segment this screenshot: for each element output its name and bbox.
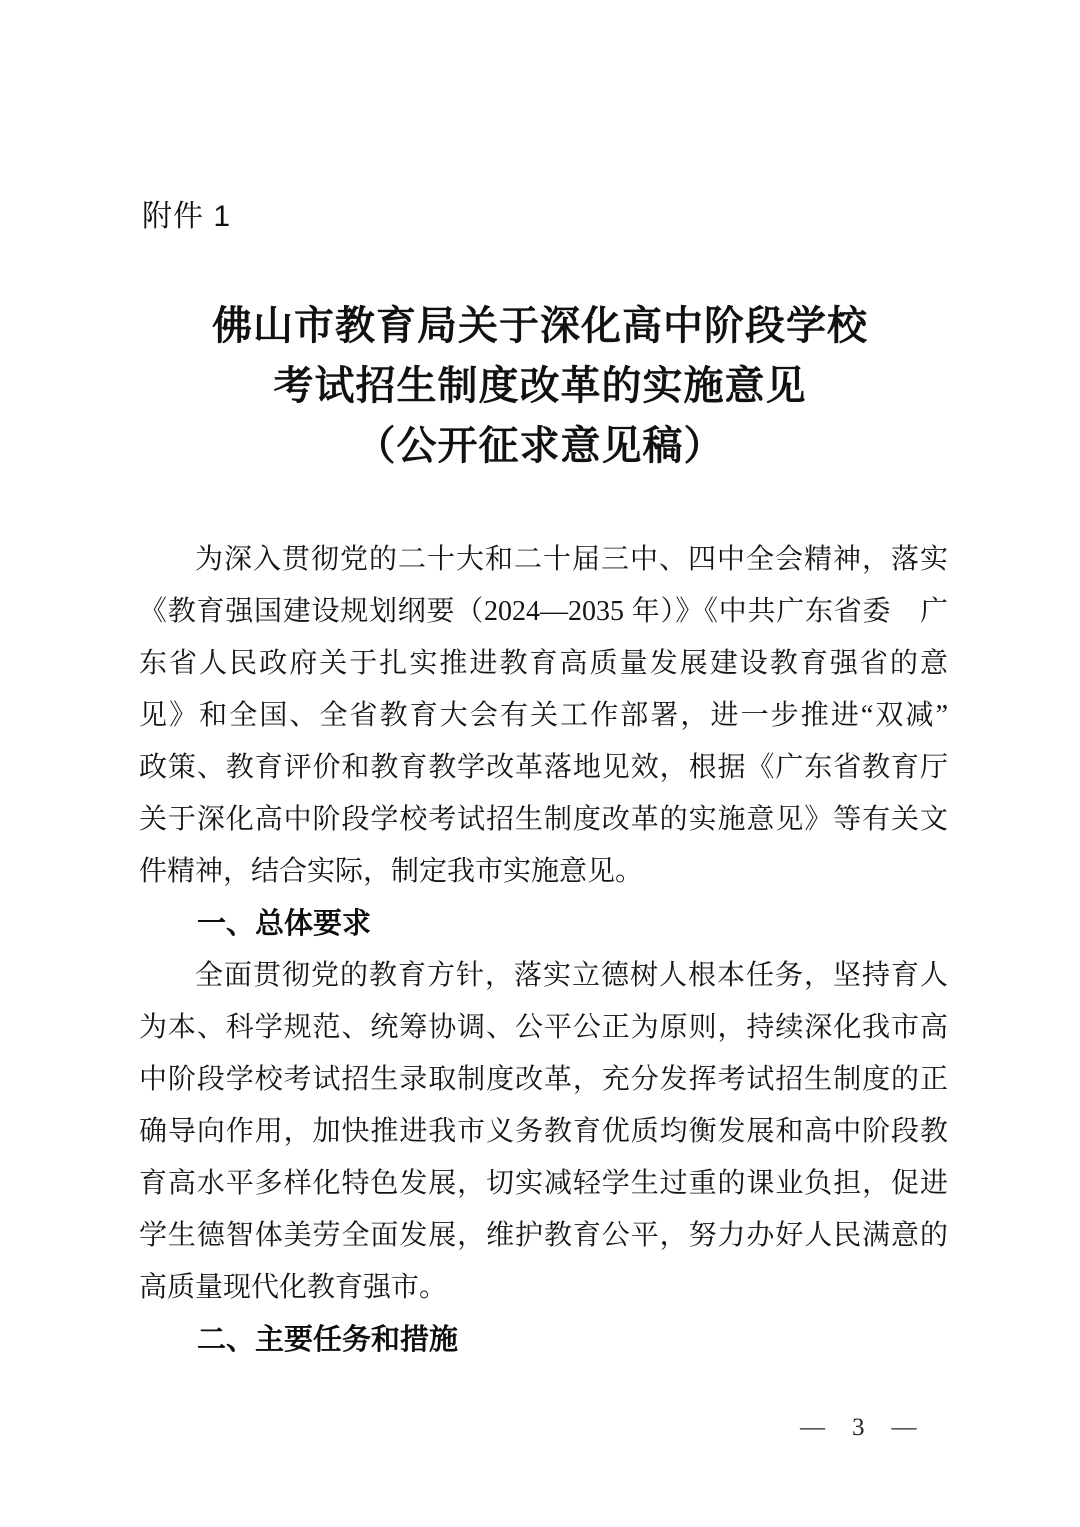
paragraph-1-line-4: 见》和全国、全省教育大会有关工作部署，进一步推进“双减” [139,690,948,742]
paragraph-1-line-5: 政策、教育评价和教育教学改革落地见效，根据《广东省教育厅 [139,742,948,794]
page-number: — 3 — [800,1412,917,1444]
section-heading-2: 二、主要任务和措施 [139,1314,948,1366]
page-number-value: 3 [852,1412,865,1444]
paragraph-1-line-7: 件精神，结合实际，制定我市实施意见。 [139,846,948,898]
section-heading-1: 一、总体要求 [139,898,948,950]
attachment-label: 附件 1 [142,200,231,234]
document-title: 佛山市教育局关于深化高中阶段学校 考试招生制度改革的实施意见 （公开征求意见稿） [120,296,960,476]
title-line-2: 考试招生制度改革的实施意见 [120,356,960,416]
paragraph-1-line-1: 为深入贯彻党的二十大和二十届三中、四中全会精神，落实 [139,534,948,586]
title-line-3: （公开征求意见稿） [120,416,960,476]
paragraph-2-line-6: 学生德智体美劳全面发展，维护教育公平，努力办好人民满意的 [139,1210,948,1262]
paragraph-2-line-4: 确导向作用，加快推进我市义务教育优质均衡发展和高中阶段教 [139,1106,948,1158]
page-number-dash-left: — [800,1412,825,1444]
document-page: 附件 1 佛山市教育局关于深化高中阶段学校 考试招生制度改革的实施意见 （公开征… [0,0,1080,1527]
paragraph-2-line-3: 中阶段学校考试招生录取制度改革，充分发挥考试招生制度的正 [139,1054,948,1106]
paragraph-1-line-3: 东省人民政府关于扎实推进教育高质量发展建设教育强省的意 [139,638,948,690]
paragraph-2-line-5: 育高水平多样化特色发展，切实减轻学生过重的课业负担，促进 [139,1158,948,1210]
paragraph-2-line-7: 高质量现代化教育强市。 [139,1262,948,1314]
paragraph-1-line-2: 《教育强国建设规划纲要（2024—2035 年）》《中共广东省委 广 [139,586,948,638]
paragraph-1-line-6: 关于深化高中阶段学校考试招生制度改革的实施意见》等有关文 [139,794,948,846]
title-line-1: 佛山市教育局关于深化高中阶段学校 [120,296,960,356]
paragraph-2-line-2: 为本、科学规范、统筹协调、公平公正为原则，持续深化我市高 [139,1002,948,1054]
page-number-dash-right: — [892,1412,917,1444]
document-body: 为深入贯彻党的二十大和二十届三中、四中全会精神，落实 《教育强国建设规划纲要（2… [139,534,948,1366]
paragraph-2-line-1: 全面贯彻党的教育方针，落实立德树人根本任务，坚持育人 [139,950,948,1002]
